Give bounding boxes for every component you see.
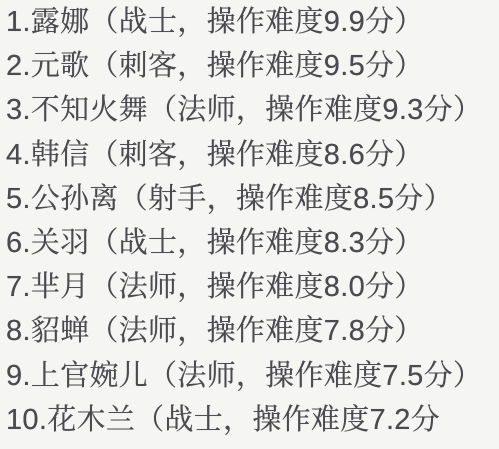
list-item-rank-8: 8.貂蝉（法师，操作难度7.8分） <box>6 309 499 353</box>
list-item-rank-1: 1.露娜（战士，操作难度9.9分） <box>6 0 499 44</box>
list-item-rank-7: 7.芈月（法师，操作难度8.0分） <box>6 265 499 309</box>
list-item-rank-9: 9.上官婉儿（法师，操作难度7.5分） <box>6 354 499 398</box>
list-item-rank-10: 10.花木兰（战士，操作难度7.2分 <box>6 398 499 442</box>
list-item-rank-5: 5.公孙离（射手，操作难度8.5分） <box>6 177 499 221</box>
hero-difficulty-ranking-list: 1.露娜（战士，操作难度9.9分） 2.元歌（刺客，操作难度9.5分） 3.不知… <box>0 0 499 449</box>
list-item-rank-2: 2.元歌（刺客，操作难度9.5分） <box>6 44 499 88</box>
list-item-rank-6: 6.关羽（战士，操作难度8.3分） <box>6 221 499 265</box>
list-item-rank-3: 3.不知火舞（法师，操作难度9.3分） <box>6 88 499 132</box>
list-item-rank-4: 4.韩信（刺客，操作难度8.6分） <box>6 133 499 177</box>
